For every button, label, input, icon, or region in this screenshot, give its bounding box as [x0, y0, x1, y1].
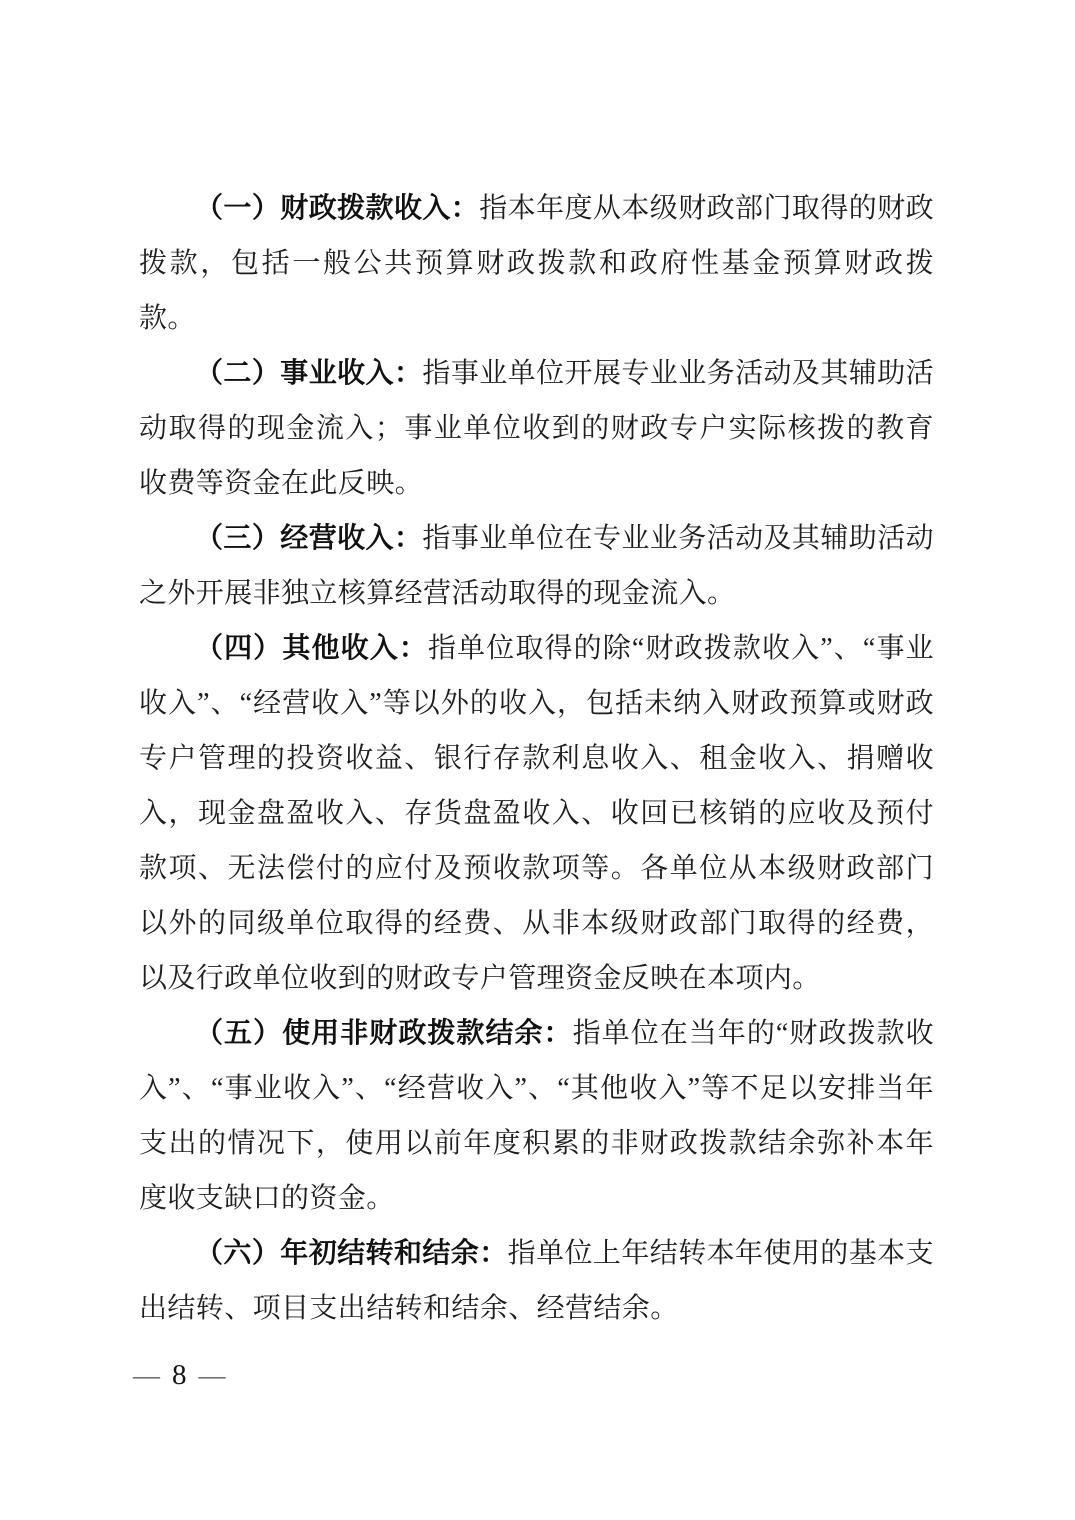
paragraph-beginning-year-carryover: （六）年初结转和结余：指单位上年结转本年使用的基本支出结转、项目支出结转和结余、… [139, 1226, 934, 1336]
paragraph-label: （三）经营收入： [195, 523, 422, 554]
footer-left-dash: — [133, 1355, 162, 1395]
paragraph-other-income: （四）其他收入：指单位取得的除“财政拨款收入”、“事业收入”、“经营收入”等以外… [139, 621, 934, 1006]
paragraph-label: （二）事业收入： [195, 358, 422, 389]
page-number: 8 [172, 1355, 189, 1395]
paragraph-institutional-income: （二）事业收入：指事业单位开展专业业务活动及其辅助活动取得的现金流入；事业单位收… [139, 346, 934, 511]
document-page: （一）财政拨款收入：指本年度从本级财政部门取得的财政拨款，包括一般公共预算财政拨… [0, 0, 1075, 1520]
paragraph-non-fiscal-balance-usage: （五）使用非财政拨款结余：指单位在当年的“财政拨款收入”、“事业收入”、“经营收… [139, 1006, 934, 1226]
paragraph-label: （一）财政拨款收入： [195, 193, 479, 224]
paragraph-label: （四）其他收入： [195, 633, 428, 664]
document-body: （一）财政拨款收入：指本年度从本级财政部门取得的财政拨款，包括一般公共预算财政拨… [139, 181, 934, 1336]
paragraph-text: 指单位取得的除“财政拨款收入”、“事业收入”、“经营收入”等以外的收入，包括未纳… [139, 633, 934, 994]
paragraph-label: （六）年初结转和结余： [195, 1238, 508, 1269]
paragraph-operating-income: （三）经营收入：指事业单位在专业业务活动及其辅助活动之外开展非独立核算经营活动取… [139, 511, 934, 621]
paragraph-fiscal-appropriation-income: （一）财政拨款收入：指本年度从本级财政部门取得的财政拨款，包括一般公共预算财政拨… [139, 181, 934, 346]
paragraph-label: （五）使用非财政拨款结余： [195, 1018, 573, 1049]
footer-right-dash: — [199, 1355, 228, 1395]
page-footer: — 8 — [133, 1355, 228, 1395]
